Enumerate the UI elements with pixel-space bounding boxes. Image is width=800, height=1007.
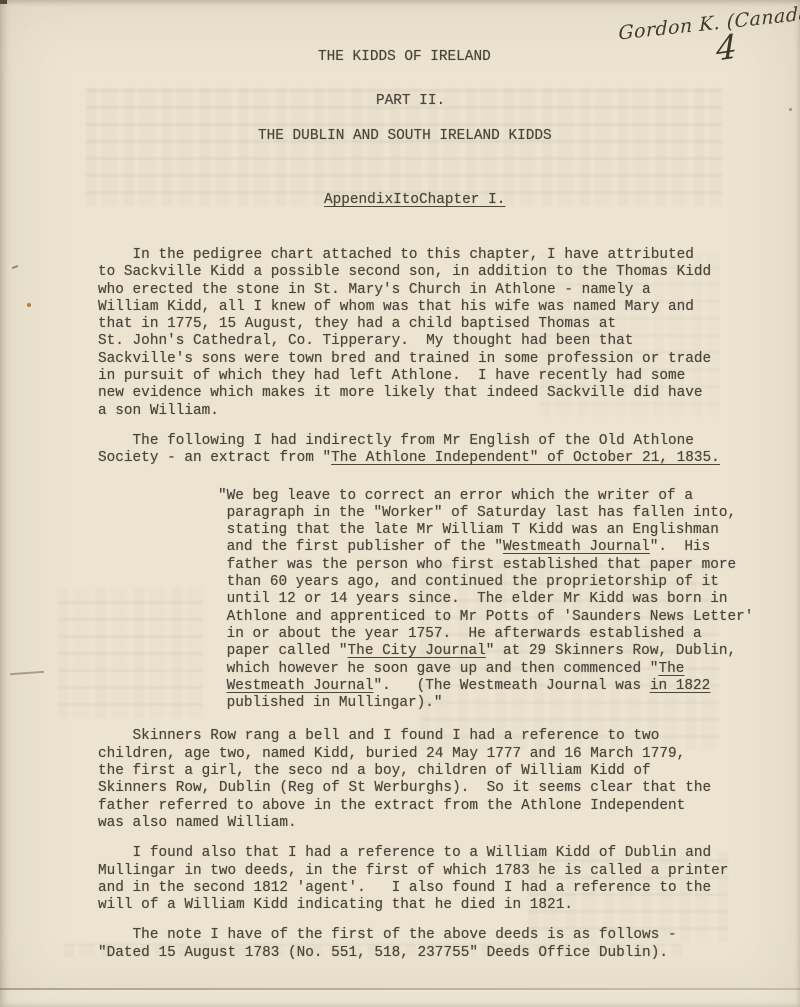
text-segment: new evidence which makes it more likely … <box>98 385 703 401</box>
text-line: until 12 or 14 years since. The elder Mr… <box>218 591 753 608</box>
handwritten-annotation: Gordon K. (Canada) <box>619 1 800 44</box>
text-line: the first a girl, the seco nd a boy, chi… <box>98 763 753 780</box>
text-segment: and the first publisher of the " <box>218 539 503 555</box>
text-line: The note I have of the first of the abov… <box>98 927 753 944</box>
text-line: "We beg leave to correct an error which … <box>218 488 753 505</box>
text-segment: Skinners Row rang a bell and I found I h… <box>98 728 659 744</box>
text-line: that in 1775, 15 August, they had a chil… <box>98 316 753 333</box>
document-title: THE KIDDS OF IRELAND <box>318 49 491 66</box>
paragraph: In the pedigree chart attached to this c… <box>98 247 753 420</box>
text-line: which however he soon gave up and then c… <box>218 661 753 678</box>
underlined-text: The Athlone Independent" of October 21, … <box>331 450 720 466</box>
text-segment: children, age two, named Kidd, buried 24… <box>98 746 685 762</box>
text-line: Skinners Row rang a bell and I found I h… <box>98 728 753 745</box>
text-line: children, age two, named Kidd, buried 24… <box>98 746 753 763</box>
text-line: Skinners Row, Dublin (Reg of St Werburgh… <box>98 780 753 797</box>
text-line: was also named William. <box>98 815 753 832</box>
text-segment: and in the second 1812 'agent'. I also f… <box>98 880 711 896</box>
text-segment: that in 1775, 15 August, they had a chil… <box>98 316 616 332</box>
text-segment: ". His <box>650 539 710 555</box>
text-segment: ". (The Westmeath Journal was <box>373 678 649 694</box>
text-segment: "We beg leave to correct an error which … <box>218 488 693 504</box>
text-line: who erected the stone in St. Mary's Chur… <box>98 282 753 299</box>
text-line: Mullingar in two deeds, in the first of … <box>98 863 753 880</box>
text-segment: father referred to above in the extract … <box>98 798 685 814</box>
text-segment: published in Mullingar)." <box>218 695 443 711</box>
text-line: Westmeath Journal". (The Westmeath Journ… <box>218 678 753 695</box>
text-segment: In the pedigree chart attached to this c… <box>98 247 694 263</box>
text-segment: Skinners Row, Dublin (Reg of St Werburgh… <box>98 780 711 796</box>
text-line: new evidence which makes it more likely … <box>98 385 753 402</box>
paper-speck <box>12 265 18 269</box>
text-segment: will of a William Kidd indicating that h… <box>98 897 573 913</box>
underlined-text: Westmeath Journal <box>227 678 374 694</box>
text-segment: was also named William. <box>98 815 297 831</box>
paper-speck <box>10 671 44 675</box>
text-line: than 60 years ago, and continued the pro… <box>218 574 753 591</box>
text-line: to Sackville Kidd a possible second son,… <box>98 264 753 281</box>
text-line: I found also that I had a reference to a… <box>98 845 753 862</box>
text-segment: than 60 years ago, and continued the pro… <box>218 574 719 590</box>
text-segment: William Kidd, all I knew of whom was tha… <box>98 299 694 315</box>
text-line: and in the second 1812 'agent'. I also f… <box>98 880 753 897</box>
text-line: father was the person who first establis… <box>218 557 753 574</box>
text-segment: " at 29 Skinners Row, Dublin, <box>486 643 736 659</box>
text-segment: a son William. <box>98 403 219 419</box>
paragraph: The note I have of the first of the abov… <box>98 927 753 962</box>
paper-speck <box>27 303 31 307</box>
text-segment: until 12 or 14 years since. The elder Mr… <box>218 591 728 607</box>
text-line: In the pedigree chart attached to this c… <box>98 247 753 264</box>
text-segment: Society - an extract from " <box>98 450 331 466</box>
document-subtitle: THE DUBLIN AND SOUTH IRELAND KIDDS <box>258 128 552 145</box>
text-segment: paper called " <box>218 643 348 659</box>
text-line: a son William. <box>98 403 753 420</box>
underlined-text: The <box>658 661 684 677</box>
text-segment: The following I had indirectly from Mr E… <box>98 433 694 449</box>
text-line: paragraph in the "Worker" of Saturday la… <box>218 505 753 522</box>
underlined-text: in 1822 <box>650 678 710 694</box>
text-segment: paragraph in the "Worker" of Saturday la… <box>218 505 736 521</box>
text-line: stating that the late Mr William T Kidd … <box>218 522 753 539</box>
text-line: in or about the year 1757. He afterwards… <box>218 626 753 643</box>
text-segment: Athlone and apprenticed to Mr Potts of '… <box>218 609 753 625</box>
scanned-document-page: Gordon K. (Canada) 4 THE KIDDS OF IRELAN… <box>0 0 800 1007</box>
text-line: The following I had indirectly from Mr E… <box>98 433 753 450</box>
text-segment: who erected the stone in St. Mary's Chur… <box>98 282 651 298</box>
text-line: William Kidd, all I knew of whom was tha… <box>98 299 753 316</box>
text-line: Sackville's sons were town bred and trai… <box>98 351 753 368</box>
text-line: in pursuit of which they had left Athlon… <box>98 368 753 385</box>
text-segment: stating that the late Mr William T Kidd … <box>218 522 719 538</box>
text-line: Athlone and apprenticed to Mr Potts of '… <box>218 609 753 626</box>
text-line: will of a William Kidd indicating that h… <box>98 897 753 914</box>
paper-speck <box>789 108 792 111</box>
paragraph: The following I had indirectly from Mr E… <box>98 433 753 468</box>
text-line: published in Mullingar)." <box>218 695 753 712</box>
text-line: father referred to above in the extract … <box>98 798 753 815</box>
text-line: and the first publisher of the "Westmeat… <box>218 539 753 556</box>
text-segment: to Sackville Kidd a possible second son,… <box>98 264 711 280</box>
quoted-extract: "We beg leave to correct an error which … <box>218 488 753 713</box>
text-segment: which however he soon gave up and then c… <box>218 661 658 677</box>
text-segment <box>218 678 227 694</box>
paragraph: Skinners Row rang a bell and I found I h… <box>98 728 753 832</box>
text-segment: The note I have of the first of the abov… <box>98 927 677 943</box>
document-body: In the pedigree chart attached to this c… <box>98 247 753 975</box>
text-segment: I found also that I had a reference to a… <box>98 845 711 861</box>
page-edge <box>0 990 800 1007</box>
text-segment: Sackville's sons were town bred and trai… <box>98 351 711 367</box>
text-segment: the first a girl, the seco nd a boy, chi… <box>98 763 651 779</box>
text-line: Society - an extract from "The Athlone I… <box>98 450 753 467</box>
text-segment: in pursuit of which they had left Athlon… <box>98 368 685 384</box>
text-segment: in or about the year 1757. He afterwards… <box>218 626 702 642</box>
text-line: "Dated 15 August 1783 (No. 551, 518, 237… <box>98 945 753 962</box>
text-segment: St. John's Cathedral, Co. Tipperary. My … <box>98 333 633 349</box>
text-segment: father was the person who first establis… <box>218 557 736 573</box>
paper-speck <box>0 0 7 4</box>
paragraph: I found also that I had a reference to a… <box>98 845 753 914</box>
part-heading: PART II. <box>376 93 445 110</box>
appendix-heading: AppendixItoChapter I. <box>324 192 505 209</box>
handwritten-page-number: 4 <box>716 26 737 69</box>
text-segment: Mullingar in two deeds, in the first of … <box>98 863 728 879</box>
text-line: St. John's Cathedral, Co. Tipperary. My … <box>98 333 753 350</box>
underlined-text: Westmeath Journal <box>503 539 650 555</box>
underlined-text: The City Journal <box>348 643 486 659</box>
text-segment: "Dated 15 August 1783 (No. 551, 518, 237… <box>98 945 668 961</box>
text-line: paper called "The City Journal" at 29 Sk… <box>218 643 753 660</box>
